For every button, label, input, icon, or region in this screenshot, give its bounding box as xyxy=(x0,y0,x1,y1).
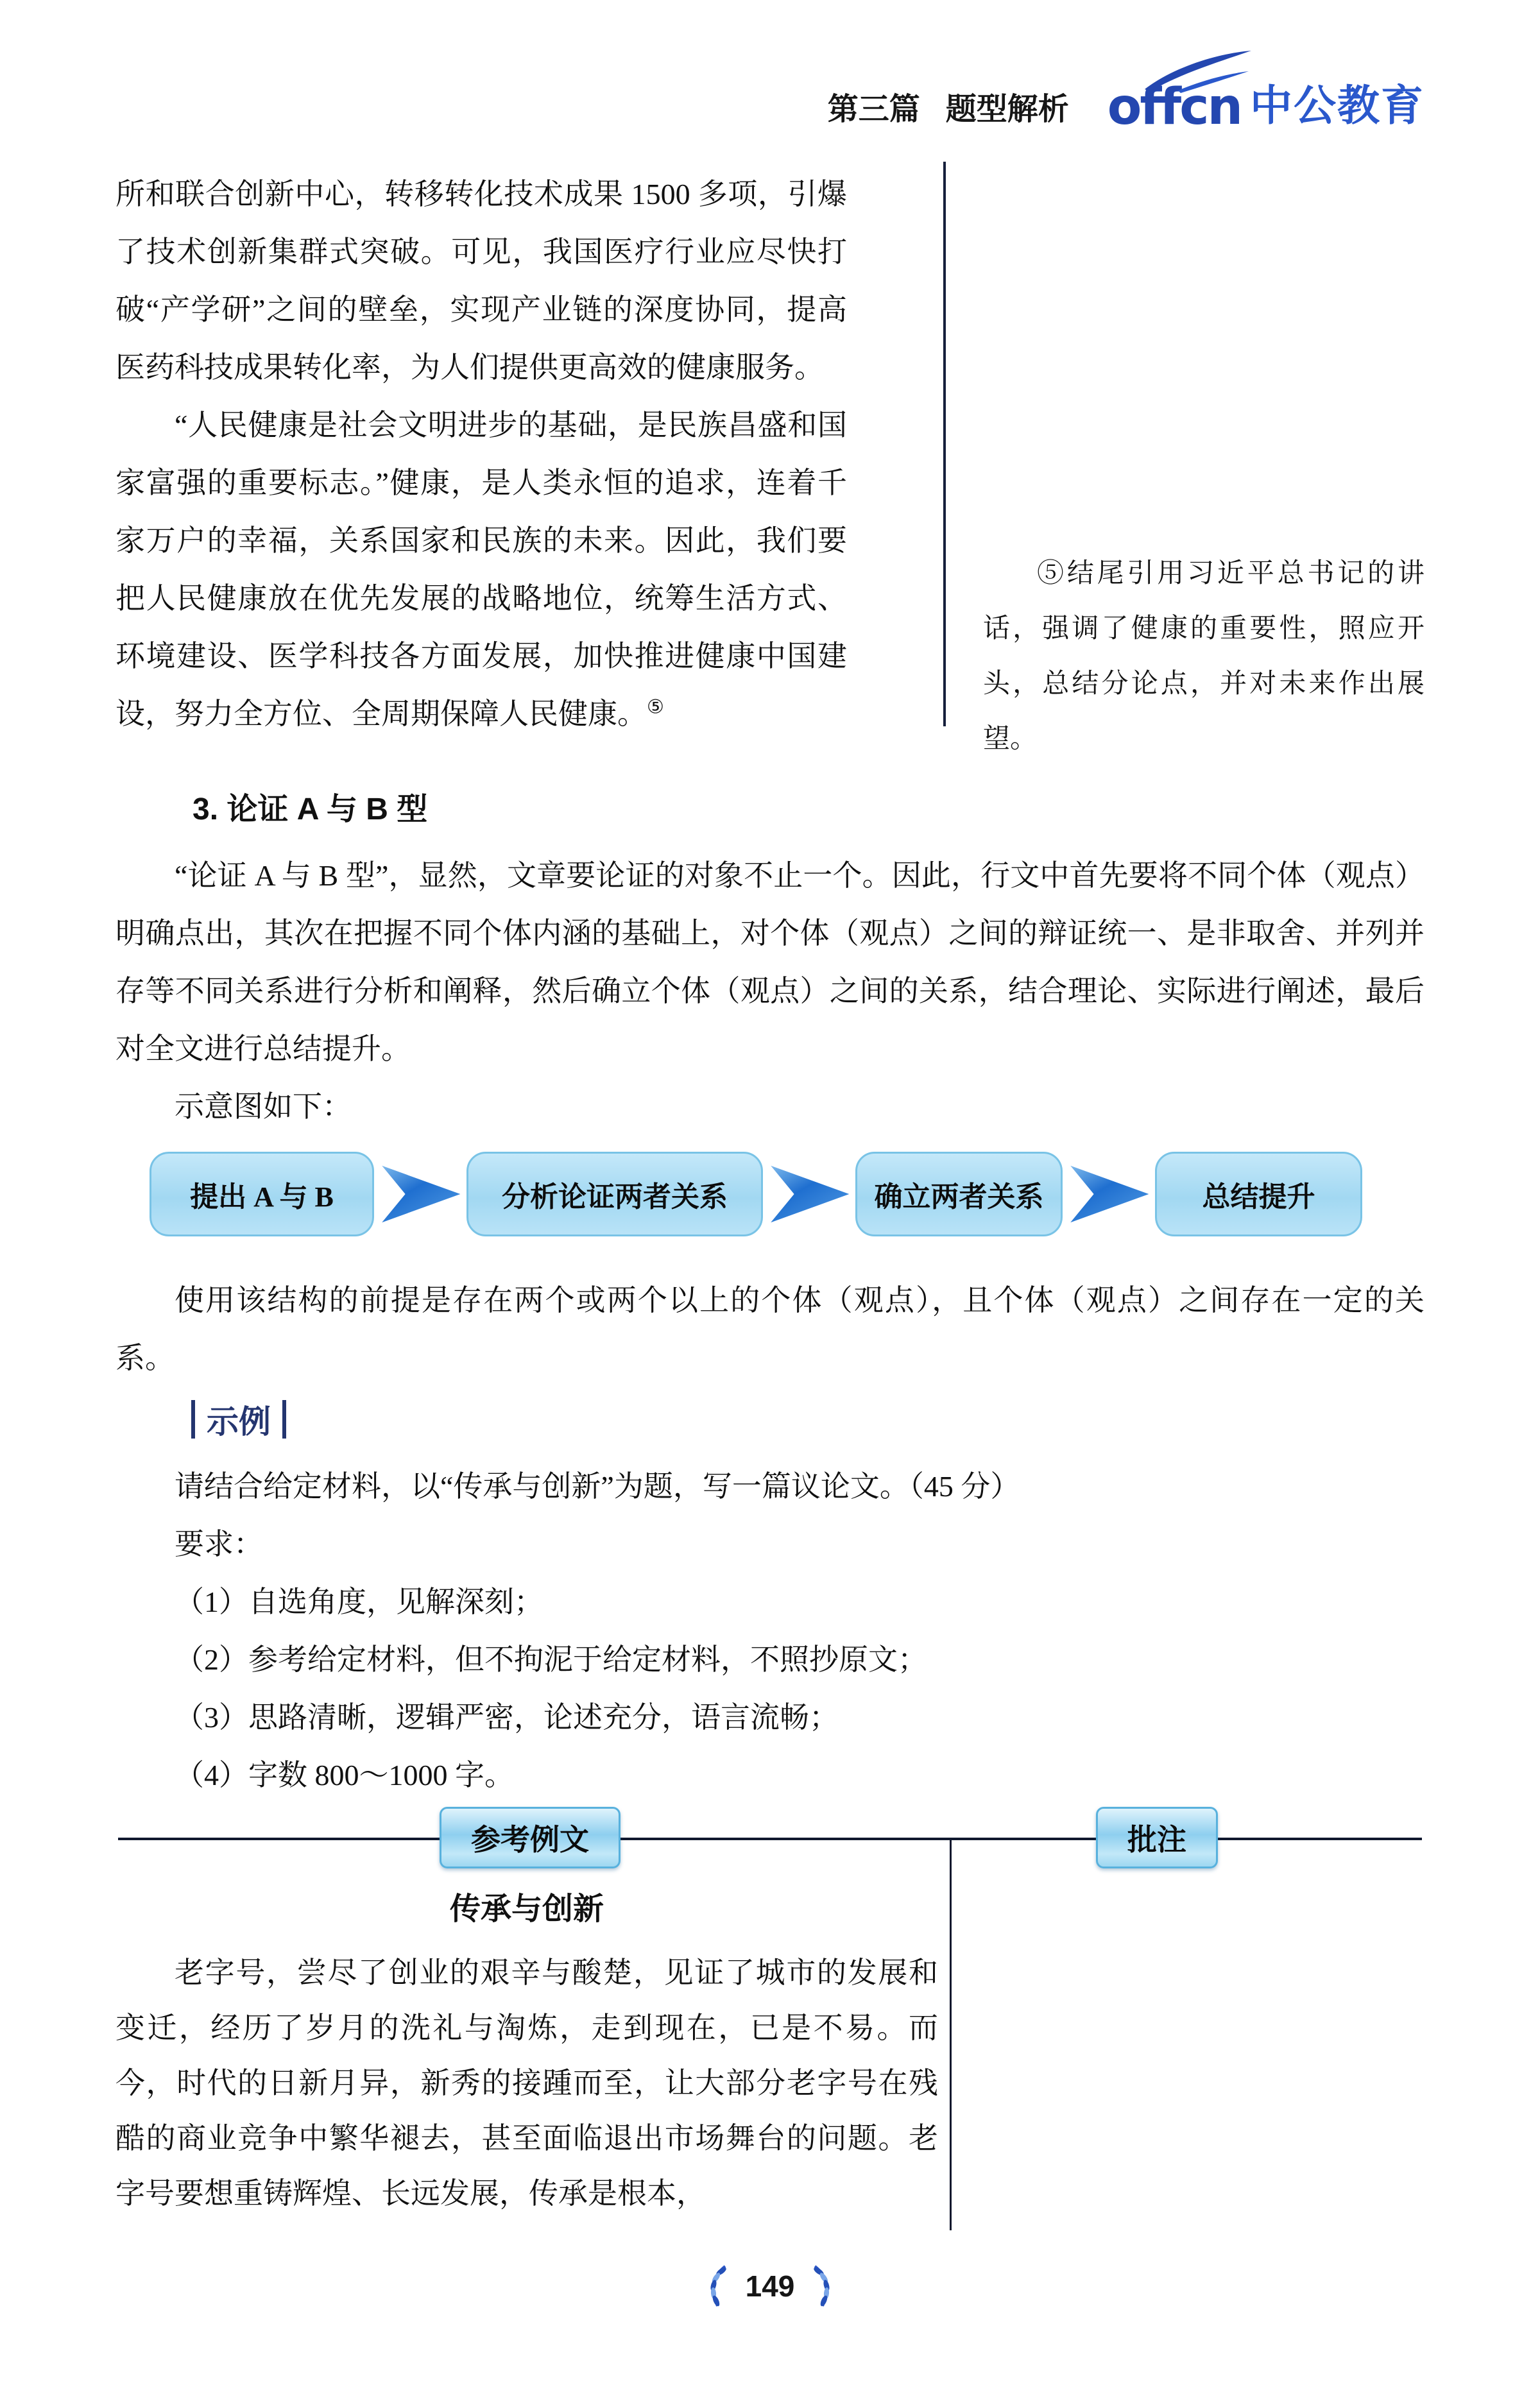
flow-step-3: 确立两者关系 xyxy=(855,1152,1063,1236)
requirement-item-1: （1）自选角度，见解深刻； xyxy=(116,1573,1425,1631)
page-header: 第三篇 题型解析 offcn 中公教育 xyxy=(116,0,1425,148)
book-page: 第三篇 题型解析 offcn 中公教育 所和联合创新中心，转移转化技术成果 15… xyxy=(0,0,1540,2392)
essay-title: 传承与创新 xyxy=(116,1890,938,1929)
section-paragraph-1: “论证 A 与 B 型”，显然，文章要论证的对象不止一个。因此，行文中首先要将不… xyxy=(116,847,1425,1078)
requirement-item-2: （2）参考给定材料，但不拘泥于给定材料，不照抄原文； xyxy=(116,1631,1425,1689)
column-divider-top xyxy=(943,162,946,726)
requirements-label: 要求： xyxy=(116,1516,1425,1573)
example-label-bar-right xyxy=(282,1400,286,1439)
example-prompt: 请结合给定材料，以“传承与创新”为题，写一篇议论文。（45 分） xyxy=(116,1458,1425,1516)
article-paragraph-1: 所和联合创新中心，转移转化技术成果 1500 多项，引爆了技术创新集群式突破。可… xyxy=(116,166,847,397)
annotation-badge: 批注 xyxy=(1096,1807,1218,1868)
essay-paragraph-1: 老字号，尝尽了创业的艰辛与酸楚，见证了城市的发展和变迁，经历了岁月的洗礼与淘炼，… xyxy=(116,1945,938,2221)
offcn-logo-cn: 中公教育 xyxy=(1250,85,1425,126)
column-divider-bottom xyxy=(950,1839,952,2230)
flow-step-2: 分析论证两者关系 xyxy=(466,1152,763,1236)
example-label: 示例 xyxy=(191,1396,1425,1442)
article-paragraph-2-text: “人民健康是社会文明进步的基础，是民族昌盛和国家富强的重要标志。”健康，是人类永… xyxy=(116,409,847,730)
article-column: 所和联合创新中心，转移转化技术成果 1500 多项，引爆了技术创新集群式突破。可… xyxy=(116,166,847,743)
flow-step-1: 提出 A 与 B xyxy=(150,1152,374,1236)
offcn-logo: offcn 中公教育 xyxy=(1108,85,1425,126)
annotated-article-block: 所和联合创新中心，转移转化技术成果 1500 多项，引爆了技术创新集群式突破。可… xyxy=(116,166,1425,743)
section-heading: 3. 论证 A 与 B 型 xyxy=(116,780,1425,839)
diagram-lead-line: 示意图如下： xyxy=(116,1078,1425,1136)
margin-note-5: ⑤结尾引用习近平总书记的讲话，强调了健康的重要性，照应开头，总结分论点，并对未来… xyxy=(983,545,1425,766)
reference-essay-section: 参考例文 批注 传承与创新 老字号，尝尽了创业的艰辛与酸楚，见证了城市的发展和变… xyxy=(116,1808,1425,2257)
flow-arrow-icon xyxy=(764,1161,854,1227)
logo-swoosh-icon xyxy=(1141,49,1256,94)
article-paragraph-2: “人民健康是社会文明进步的基础，是民族昌盛和国家富强的重要标志。”健康，是人类永… xyxy=(116,397,847,743)
flow-arrow-icon xyxy=(375,1161,465,1227)
laurel-left-icon xyxy=(701,2264,732,2309)
chapter-name: 题型解析 xyxy=(946,84,1069,128)
page-number: 149 xyxy=(746,2269,795,2303)
section-paragraph-2: 使用该结构的前提是存在两个或两个以上的个体（观点），且个体（观点）之间存在一定的… xyxy=(116,1272,1425,1387)
requirement-item-3: （3）思路清晰，逻辑严密，论述充分，语言流畅； xyxy=(116,1689,1425,1747)
laurel-right-icon xyxy=(809,2264,839,2309)
footnote-marker-5: ⑤ xyxy=(647,697,664,718)
chapter-title: 第三篇 题型解析 xyxy=(828,84,1069,128)
flow-step-4: 总结提升 xyxy=(1155,1152,1362,1236)
chapter-number: 第三篇 xyxy=(828,84,920,128)
structure-flowchart: 提出 A 与 B 分析论证两者关系 确立两者关系 总结提升 xyxy=(150,1146,1425,1242)
section-rule xyxy=(118,1838,1422,1840)
flow-arrow-icon xyxy=(1064,1161,1154,1227)
margin-note-column: ⑤结尾引用习近平总书记的讲话，强调了健康的重要性，照应开头，总结分论点，并对未来… xyxy=(983,545,1425,766)
reference-essay-badge: 参考例文 xyxy=(440,1807,620,1868)
example-label-text: 示例 xyxy=(207,1396,271,1442)
requirement-item-4: （4）字数 800～1000 字。 xyxy=(116,1747,1425,1804)
example-label-bar-left xyxy=(191,1400,195,1439)
essay-column: 传承与创新 老字号，尝尽了创业的艰辛与酸楚，见证了城市的发展和变迁，经历了岁月的… xyxy=(116,1808,938,2221)
page-footer: 149 xyxy=(0,2264,1540,2309)
